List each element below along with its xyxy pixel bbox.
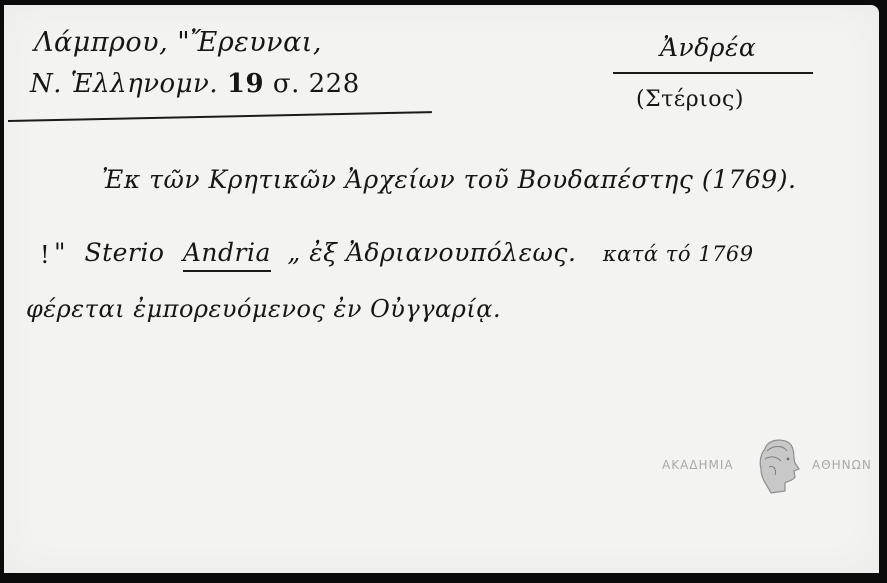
reference-page: σ. 228 bbox=[273, 69, 360, 99]
origin-text: „ ἐξ Ἀδριανουπόλεως. bbox=[287, 238, 576, 267]
stamp-left-text: ΑΚΑΔΗΜΙΑ bbox=[662, 458, 734, 472]
reference-journal: Ν. Ἑλληνομν. bbox=[30, 69, 218, 99]
body-line-2: " Sterio Andria „ ἐξ Ἀδριανουπόλεως. κατ… bbox=[54, 238, 754, 267]
stamp-right-text: ΑΘΗΝΩΝ bbox=[812, 458, 872, 472]
index-card: Λάμπρου, "Ἔρευναι, Ν. Ἑλληνομν. 19 σ. 22… bbox=[4, 5, 879, 573]
reference-line-1: Λάμπρου, "Ἔρευναι, bbox=[34, 27, 322, 58]
heading-divider bbox=[613, 72, 813, 74]
heading-given-name: (Στέριος) bbox=[636, 87, 744, 112]
date-text: κατά τό 1769 bbox=[603, 242, 754, 266]
reference-divider bbox=[8, 111, 432, 122]
body-line-1: Ἐκ τῶν Κρητικῶν Ἀρχείων τοῦ Βουδαπέστης … bbox=[102, 165, 796, 194]
person-name-surname: Andria bbox=[183, 238, 271, 272]
quote-open: " bbox=[54, 238, 66, 267]
reference-volume: 19 bbox=[227, 69, 264, 99]
body-line-3: φέρεται ἐμπορευόμενος ἐν Οὐγγαρίᾳ. bbox=[26, 295, 501, 323]
reference-line-2: Ν. Ἑλληνομν. 19 σ. 228 bbox=[30, 69, 360, 99]
heading-surname: Ἀνδρέα bbox=[660, 33, 756, 62]
person-name-given: Sterio bbox=[84, 238, 164, 267]
athena-head-icon bbox=[755, 435, 801, 495]
margin-mark: ! bbox=[40, 241, 50, 269]
